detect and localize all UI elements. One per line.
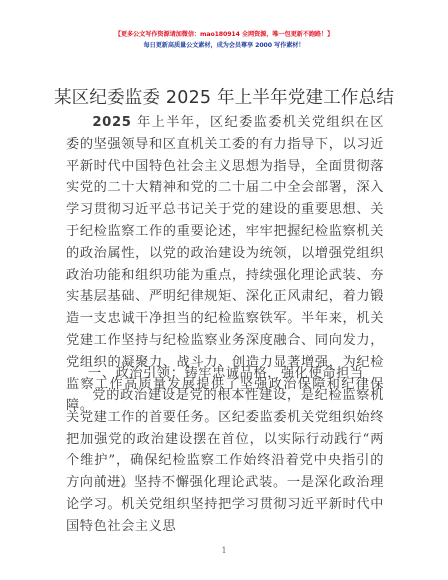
promo-banner-line1: 【更多公文写作资源请加微信：mao180914 全网资源，唯一包更新不跑路！】 bbox=[0, 29, 448, 38]
document-page: 【更多公文写作资源请加微信：mao180914 全网资源，唯一包更新不跑路！】 … bbox=[0, 0, 448, 580]
subsection1-paragraph-block: （一）坚持不懈强化理论武装。一是深化政治理论学习。机关党组织坚持把学习贯彻习近平… bbox=[66, 472, 384, 537]
promo-banner-line2: 每日更新高质量公文素材，成为会员尊享 2000 写作素材！ bbox=[0, 40, 448, 49]
intro-year: 2025 bbox=[92, 115, 131, 130]
document-title: 某区纪委监委 2025 年上半年党建工作总结 bbox=[0, 84, 448, 109]
section-heading-1: 一、政治引领：铸牢忠诚品格，强化使命担当 bbox=[88, 362, 364, 381]
subsection1-paragraph: （一）坚持不懈强化理论武装。一是深化政治理论学习。机关党组织坚持把学习贯彻习近平… bbox=[66, 472, 384, 537]
page-number: 1 bbox=[0, 546, 448, 555]
